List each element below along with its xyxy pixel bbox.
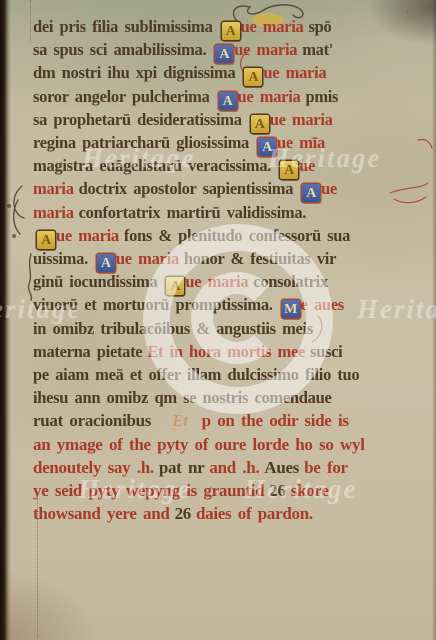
descender-flourish-icon: [29, 254, 32, 300]
text-segment: dm nostri ihu xpi dignissima: [33, 63, 235, 82]
illuminated-initial: A: [166, 277, 184, 295]
text-segment: mat': [302, 40, 333, 59]
manuscript-line: ihesu ann omibz qm se nostris comendaue: [33, 388, 337, 408]
text-segment: ginū iocundissima: [33, 272, 157, 291]
manuscript-line: soror angelor pulcherimaAue mariapmis: [33, 87, 343, 110]
manuscript-line: Aue mariafons & plenitudo confessorū sua: [33, 226, 355, 249]
text-segment: ue maria: [56, 226, 119, 245]
text-segment: ue mīa: [277, 133, 325, 152]
illuminated-initial: A: [219, 92, 237, 110]
manuscript-line: uissima.Aue mariahonor & festiuitas vir: [33, 249, 341, 272]
manuscript-line: an ymage of the pyty of oure lorde ho so…: [33, 435, 370, 455]
manuscript-line: ye seid pyty wepyng is grauntid26skore: [33, 481, 334, 501]
manuscript-line: regina patriarcharū gliosissimaAue mīa: [33, 133, 330, 156]
illuminated-initial: A: [280, 161, 298, 179]
text-segment: viuorū et mortuorū promptissima.: [33, 295, 273, 314]
manuscript-line: mariadoctrix apostolor sapientissimaAue: [33, 179, 342, 202]
manuscript-line: sa spus sci amabilissima.Aue mariamat': [33, 40, 338, 63]
book-gutter-binding: [0, 0, 11, 640]
text-segment: spō: [308, 17, 331, 36]
text-segment: in omibz tribulacōibus & angustiis meis: [33, 319, 313, 338]
illuminated-initial: M: [282, 300, 300, 318]
text-segment: ye seid pyty wepyng is grauntid: [33, 481, 264, 500]
text-segment: sa spus sci amabilissima.: [33, 40, 206, 59]
text-segment: ue maria: [234, 40, 297, 59]
red-flourish-icon: [390, 183, 428, 203]
text-segment: p on the odir side is: [202, 411, 349, 430]
heritage-watermark: Heritage: [357, 294, 436, 325]
manuscript-line: ginū iocundissimaAue mariaconsolatrix: [33, 272, 333, 295]
illuminated-initial: A: [244, 68, 262, 86]
text-segment: pe aiam meā et offer illam dulcissimo fi…: [33, 365, 359, 384]
illuminated-initial: A: [37, 231, 55, 249]
text-segment: daies of pardon.: [196, 504, 313, 523]
text-segment: soror angelor pulcherima: [33, 87, 210, 106]
text-segment: honor & festiuitas vir: [184, 249, 336, 268]
manuscript-photo: 95 dei pris filia sublimissimaAue marias…: [0, 0, 436, 640]
illuminated-initial: A: [251, 115, 269, 133]
text-segment: uissima.: [33, 249, 88, 268]
manuscript-line: thowsand yere and26daies of pardon.: [33, 504, 318, 524]
text-segment: pmis: [305, 87, 338, 106]
text-segment: ue maria: [263, 63, 326, 82]
manuscript-line: sa prophetarū desideratissimaAue maria: [33, 110, 338, 133]
manuscript-line: denoutely say .h.pat nrand .h.Auesbe for: [33, 458, 353, 478]
text-segment: magistra euāgelistarū veracissima.: [33, 156, 271, 175]
text-segment: Et: [172, 411, 187, 430]
text-segment: ue maria: [185, 272, 248, 291]
margin-flourish-icon: [14, 186, 24, 234]
text-segment: regina patriarcharū gliosissima: [33, 133, 249, 152]
manuscript-line: viuorū et mortuorū promptissima.Me aues: [33, 295, 349, 318]
text-segment: an ymage of the pyty of oure lorde ho so…: [33, 435, 365, 454]
manuscript-line: pe aiam meā et offer illam dulcissimo fi…: [33, 365, 364, 385]
text-segment: ue maria: [238, 87, 301, 106]
text-segment: dei pris filia sublimissima: [33, 17, 213, 36]
text-segment: denoutely say .h.: [33, 458, 154, 477]
text-segment: ruat oracionibus: [33, 411, 151, 430]
folio-number: 95: [405, 6, 421, 24]
manuscript-line: dm nostri ihu xpi dignissimaAue maria: [33, 63, 331, 86]
pen-dot: [13, 235, 15, 237]
text-segment: consolatrix: [253, 272, 328, 291]
manuscript-line: in omibz tribulacōibus & angustiis meis: [33, 319, 318, 339]
text-segment: e aues: [301, 295, 344, 314]
text-segment: doctrix apostolor sapientissima: [79, 179, 294, 198]
text-segment: and .h.: [209, 458, 259, 477]
text-segment: ue maria: [270, 110, 333, 129]
red-flourish-icon: [418, 139, 432, 148]
text-segment: maria: [33, 203, 74, 222]
text-segment: ue: [299, 156, 315, 175]
parchment-crease: [30, 0, 31, 42]
illuminated-initial: A: [97, 254, 115, 272]
text-segment: ue maria: [241, 17, 304, 36]
illuminated-initial: A: [258, 138, 276, 156]
text-segment: thowsand yere and: [33, 504, 170, 523]
text-segment: ihesu ann omibz qm se nostris comendaue: [33, 388, 332, 407]
text-segment: confortatrix martirū validissima.: [79, 203, 306, 222]
illuminated-initial: A: [222, 22, 240, 40]
illuminated-initial: A: [302, 184, 320, 202]
text-segment: 26: [175, 504, 191, 523]
manuscript-line: materna pietateEt in hora mortis meesusc…: [33, 342, 347, 362]
text-segment: Aues: [264, 458, 299, 477]
text-segment: materna pietate: [33, 342, 142, 361]
text-segment: susci: [310, 342, 342, 361]
text-segment: maria: [33, 179, 74, 198]
text-segment: sa prophetarū desideratissima: [33, 110, 242, 129]
text-segment: Et in hora mortis mee: [147, 342, 305, 361]
manuscript-line: magistra euāgelistarū veracissima.Aue: [33, 156, 320, 179]
illuminated-initial: A: [215, 45, 233, 63]
text-segment: fons & plenitudo confessorū sua: [124, 226, 350, 245]
text-segment: pat nr: [159, 458, 205, 477]
manuscript-line: ruat oracionibusEtp on the odir side is: [33, 411, 354, 431]
text-segment: ue maria: [116, 249, 179, 268]
manuscript-line: mariaconfortatrix martirū validissima.: [33, 203, 311, 223]
text-segment: 26: [269, 481, 285, 500]
manuscript-line: dei pris filia sublimissimaAue mariaspō: [33, 17, 336, 40]
text-segment: skore: [291, 481, 329, 500]
page-right-edge-shadow: [432, 0, 436, 640]
text-segment: ue: [321, 179, 337, 198]
text-segment: be for: [304, 458, 348, 477]
